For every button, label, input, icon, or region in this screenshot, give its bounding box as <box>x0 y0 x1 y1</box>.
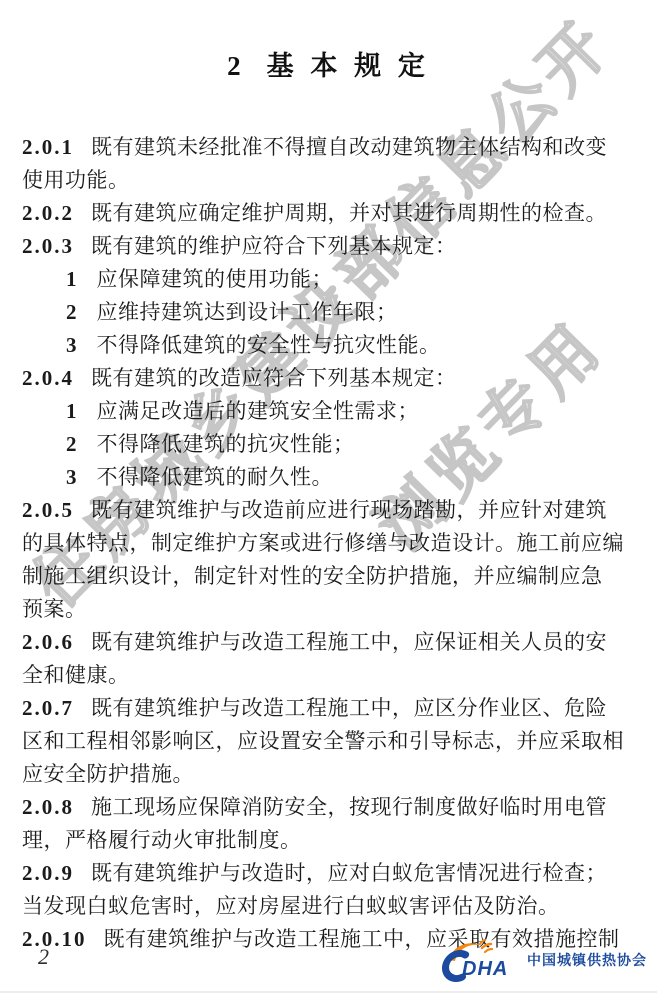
document-line: 2.0.5既有建筑维护与改造前应进行现场踏勘，并应针对建筑 <box>22 494 635 527</box>
line-text: 使用功能。 <box>22 168 130 192</box>
clause-number: 2.0.8 <box>22 795 74 819</box>
document-page: 住房城乡建设部信息公开 浏览专用 2基 本 规 定 2.0.1既有建筑未经批准不… <box>0 0 657 993</box>
line-text: 预案。 <box>22 597 87 621</box>
document-line: 3不得降低建筑的耐久性。 <box>22 461 635 494</box>
document-line: 应安全防护措施。 <box>22 758 635 791</box>
document-line: 2.0.6既有建筑维护与改造工程施工中，应保证相关人员的安 <box>22 626 635 659</box>
line-text: 施工现场应保障消防安全，按现行制度做好临时用电管 <box>91 795 607 819</box>
clause-number: 2.0.3 <box>22 234 74 258</box>
clause-number: 2.0.4 <box>22 366 74 390</box>
document-line: 预案。 <box>22 593 635 626</box>
document-line: 1应保障建筑的使用功能； <box>22 263 635 296</box>
line-text: 不得降低建筑的抗灾性能； <box>97 432 355 456</box>
document-line: 制施工组织设计，制定针对性的安全防护措施，并应编制应急 <box>22 560 635 593</box>
document-line: 全和健康。 <box>22 659 635 692</box>
chapter-title-text: 基 本 规 定 <box>267 51 430 81</box>
document-line: 2.0.2既有建筑应确定维护周期，并对其进行周期性的检查。 <box>22 197 635 230</box>
line-text: 应安全防护措施。 <box>22 762 194 786</box>
item-number: 2 <box>66 300 77 324</box>
line-text: 既有建筑维护与改造工程施工中，应区分作业区、危险 <box>91 696 607 720</box>
line-text: 既有建筑维护与改造时，应对白蚁危害情况进行检查； <box>91 861 607 885</box>
line-text: 既有建筑应确定维护周期，并对其进行周期性的检查。 <box>91 201 607 225</box>
document-line: 2不得降低建筑的抗灾性能； <box>22 428 635 461</box>
document-line: 2.0.3既有建筑的维护应符合下列基本规定： <box>22 230 635 263</box>
line-text: 应维持建筑达到设计工作年限； <box>97 300 398 324</box>
line-text: 既有建筑维护与改造前应进行现场踏勘，并应针对建筑 <box>91 498 607 522</box>
chapter-number: 2 <box>227 51 241 81</box>
document-line: 2.0.7既有建筑维护与改造工程施工中，应区分作业区、危险 <box>22 692 635 725</box>
line-text: 应保障建筑的使用功能； <box>97 267 334 291</box>
clause-number: 2.0.2 <box>22 201 74 225</box>
document-line: 当发现白蚁危害时，应对房屋进行白蚁蚁害评估及防治。 <box>22 890 635 923</box>
item-number: 2 <box>66 432 77 456</box>
page-number: 2 <box>38 944 49 970</box>
item-number: 1 <box>66 267 77 291</box>
clause-number: 2.0.7 <box>22 696 74 720</box>
line-text: 既有建筑的维护应符合下列基本规定： <box>91 234 457 258</box>
document-line: 区和工程相邻影响区，应设置安全警示和引导标志，并应采取相 <box>22 725 635 758</box>
line-text: 理，严格履行动火审批制度。 <box>22 828 302 852</box>
line-text: 不得降低建筑的耐久性。 <box>97 465 334 489</box>
logo-abbr: DHA <box>462 958 508 980</box>
document-line: 使用功能。 <box>22 164 635 197</box>
org-logo: DHA 中国城镇供热协会 <box>435 938 647 982</box>
clause-number: 2.0.10 <box>22 927 87 951</box>
document-line: 2.0.4既有建筑的改造应符合下列基本规定： <box>22 362 635 395</box>
clause-number: 2.0.5 <box>22 498 74 522</box>
document-line: 2应维持建筑达到设计工作年限； <box>22 296 635 329</box>
chapter-title: 2基 本 规 定 <box>0 44 657 83</box>
document-line: 理，严格履行动火审批制度。 <box>22 824 635 857</box>
clause-number: 2.0.1 <box>22 135 74 159</box>
item-number: 3 <box>66 465 77 489</box>
line-text: 区和工程相邻影响区，应设置安全警示和引导标志，并应采取相 <box>22 729 624 753</box>
document-line: 2.0.9既有建筑维护与改造时，应对白蚁危害情况进行检查； <box>22 857 635 890</box>
document-line: 1应满足改造后的建筑安全性需求； <box>22 395 635 428</box>
line-text: 全和健康。 <box>22 663 130 687</box>
line-text: 当发现白蚁危害时，应对房屋进行白蚁蚁害评估及防治。 <box>22 894 560 918</box>
line-text: 不得降低建筑的安全性与抗灾性能。 <box>97 333 441 357</box>
document-line: 3不得降低建筑的安全性与抗灾性能。 <box>22 329 635 362</box>
document-body: 2.0.1既有建筑未经批准不得擅自改动建筑物主体结构和改变使用功能。2.0.2既… <box>22 131 635 956</box>
line-text: 既有建筑的改造应符合下列基本规定： <box>91 366 457 390</box>
heating-association-logo-icon: DHA <box>435 938 523 982</box>
page-content: 2基 本 规 定 2.0.1既有建筑未经批准不得擅自改动建筑物主体结构和改变使用… <box>0 0 657 991</box>
document-line: 的具体特点，制定维护方案或进行修缮与改造设计。施工前应编 <box>22 527 635 560</box>
line-text: 既有建筑未经批准不得擅自改动建筑物主体结构和改变 <box>91 135 607 159</box>
item-number: 3 <box>66 333 77 357</box>
document-line: 2.0.1既有建筑未经批准不得擅自改动建筑物主体结构和改变 <box>22 131 635 164</box>
line-text: 应满足改造后的建筑安全性需求； <box>97 399 420 423</box>
line-text: 的具体特点，制定维护方案或进行修缮与改造设计。施工前应编 <box>22 531 624 555</box>
clause-number: 2.0.9 <box>22 861 74 885</box>
logo-org-name: 中国城镇供热协会 <box>527 950 647 970</box>
item-number: 1 <box>66 399 77 423</box>
line-text: 既有建筑维护与改造工程施工中，应保证相关人员的安 <box>91 630 607 654</box>
document-line: 2.0.8施工现场应保障消防安全，按现行制度做好临时用电管 <box>22 791 635 824</box>
line-text: 制施工组织设计，制定针对性的安全防护措施，并应编制应急 <box>22 564 603 588</box>
clause-number: 2.0.6 <box>22 630 74 654</box>
